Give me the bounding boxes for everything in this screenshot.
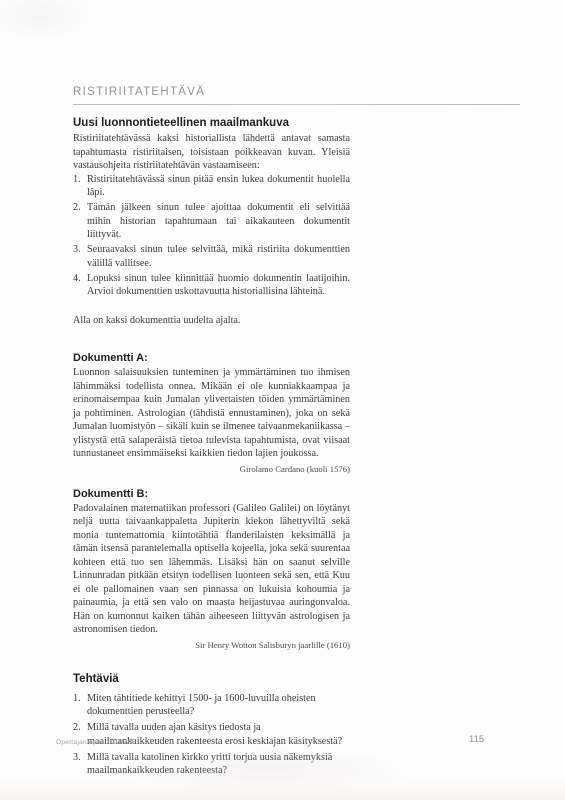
document-a-attribution: Girolamo Cardano (kuoli 1576) xyxy=(73,464,350,475)
item-text: Lopuksi sinun tulee kiinnittää huomio do… xyxy=(87,272,350,299)
instruction-item: 4. Lopuksi sinun tulee kiinnittää huomio… xyxy=(73,272,350,299)
item-text: Miten tähtitiede kehittyi 1500- ja 1600-… xyxy=(87,692,350,719)
document-a-title: Dokumentti A: xyxy=(73,352,350,364)
item-number: 4. xyxy=(73,272,87,299)
item-text: Ristiriitatehtävässä sinun pitää ensin l… xyxy=(87,173,350,200)
document-a-section: Dokumentti A: Luonnon salaisuuksien tunt… xyxy=(73,352,350,475)
document-b-title: Dokumentti B: xyxy=(73,488,350,500)
item-text: Seuraavaksi sinun tulee selvittää, mikä … xyxy=(87,243,350,270)
document-b-section: Dokumentti B: Padovalainen matematiikan … xyxy=(73,488,350,651)
intro-title: Uusi luonnontieteellinen maailmankuva xyxy=(73,117,350,129)
item-number: 2. xyxy=(73,201,87,242)
footer-brand: JUAVA xyxy=(111,739,135,746)
instruction-item: 2. Tämän jälkeen sinun tulee ajoittaa do… xyxy=(73,201,350,242)
intro-lead-paragraph: Ristiriitatehtävässä kaksi historiallist… xyxy=(73,132,350,173)
item-number: 3. xyxy=(73,243,87,270)
intro-note: Alla on kaksi dokumenttia uudelta ajalta… xyxy=(73,314,350,328)
page-header: RISTIRIITATEHTÄVÄ xyxy=(73,86,350,105)
instruction-item: 3. Seuraavaksi sinun tulee selvittää, mi… xyxy=(73,243,350,270)
scan-artifact xyxy=(0,770,565,800)
tasks-title: Tehtäviä xyxy=(73,673,350,685)
item-text: Tämän jälkeen sinun tulee ajoittaa dokum… xyxy=(87,201,350,242)
instruction-item: 1. Ristiriitatehtävässä sinun pitää ensi… xyxy=(73,173,350,200)
item-number: 1. xyxy=(73,173,87,200)
document-b-attribution: Sir Henry Wotton Salisburyn jaarlille (1… xyxy=(73,640,350,651)
instructions-list: 1. Ristiriitatehtävässä sinun pitää ensi… xyxy=(73,173,350,299)
document-b-body: Padovalainen matematiikan professori (Ga… xyxy=(73,502,350,637)
scan-artifact xyxy=(0,0,100,45)
scanned-page: RISTIRIITATEHTÄVÄ Uusi luonnontieteellin… xyxy=(0,0,565,800)
item-number: 1. xyxy=(73,692,87,719)
header-rule xyxy=(73,104,520,105)
footer-imprint-text: Opettajan opas xyxy=(56,739,104,746)
page-content: RISTIRIITATEHTÄVÄ Uusi luonnontieteellin… xyxy=(73,86,350,780)
page-number: 115 xyxy=(469,734,484,745)
intro-section: Uusi luonnontieteellinen maailmankuva Ri… xyxy=(73,117,350,327)
header-label: RISTIRIITATEHTÄVÄ xyxy=(73,86,350,98)
document-a-body: Luonnon salaisuuksien tunteminen ja ymmä… xyxy=(73,366,350,461)
footer-imprint: Opettajan opasJUAVA xyxy=(56,739,135,746)
task-item: 1. Miten tähtitiede kehittyi 1500- ja 16… xyxy=(73,692,350,719)
